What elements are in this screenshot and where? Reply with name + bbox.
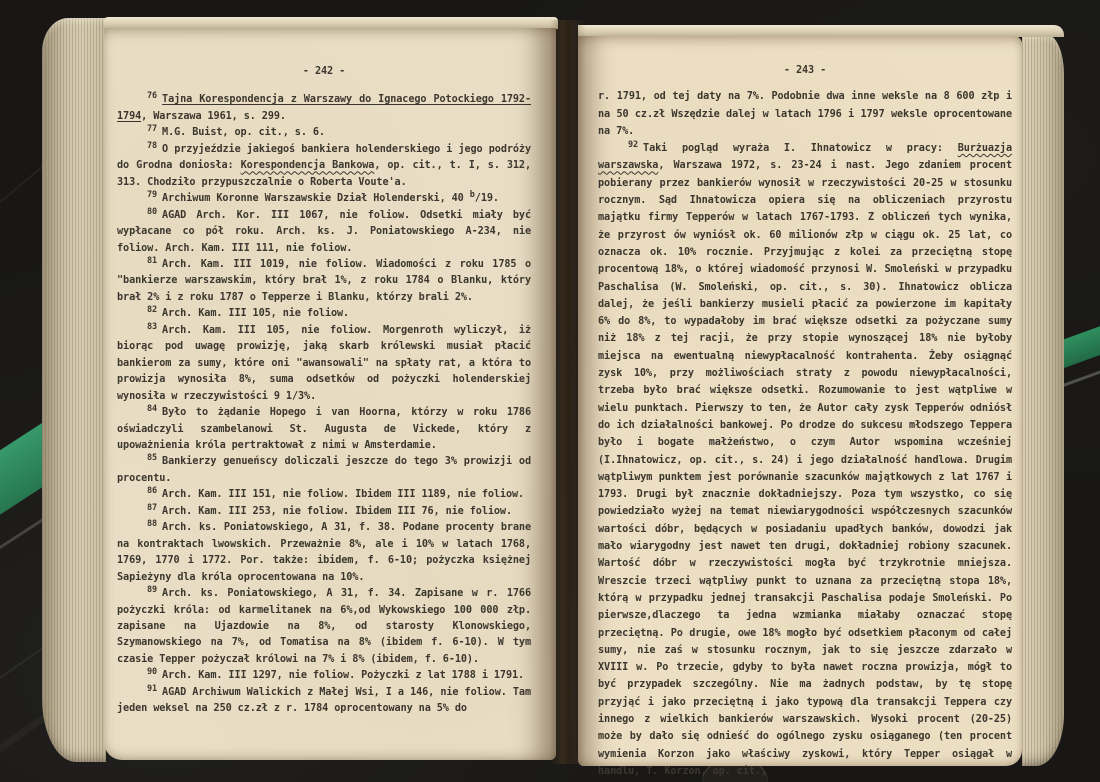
footnote-83: 83Arch. Kam. III 105, nie foliow. Morgen… [117, 323, 531, 405]
footnote-number: 89 [147, 585, 157, 595]
footnote-number: 82 [147, 305, 157, 315]
text-segment: M.G. Buist, op. cit., s. 6. [162, 127, 325, 138]
footnote-list-left: 76Tajna Korespondencja z Warszawy do Ign… [117, 92, 531, 717]
text-segment: Archiwum Koronne Warszawskie Dział Holen… [162, 193, 470, 204]
text-segment: Arch. ks. Poniatowskiego, A 31, f. 34. Z… [117, 588, 531, 665]
footnote-number: 76 [147, 91, 157, 101]
text-segment: Było to żądanie Hopego i van Hoorna, któ… [117, 407, 531, 451]
book-page-left: - 242 - 76Tajna Korespondencja z Warszaw… [104, 28, 556, 760]
footnote-85: 85Bankierzy genueńscy doliczali jeszcze … [117, 454, 531, 487]
page-number-left: - 242 - [117, 64, 531, 80]
footnote-91: 91AGAD Archiwum Walickich z Małej Wsi, I… [117, 685, 531, 718]
text-segment: Bankierzy genueńscy doliczali jeszcze do… [117, 456, 531, 483]
page-left-text-column: - 242 - 76Tajna Korespondencja z Warszaw… [104, 28, 556, 718]
footnote-number: 88 [147, 519, 157, 529]
footnote-number: 80 [147, 207, 157, 217]
text-segment: Arch. Kam. III 105, nie foliow. Morgenro… [117, 325, 531, 402]
footnote-86: 86Arch. Kam. III 151, nie foliow. Ibidem… [117, 487, 531, 503]
page-edge-stack-right [1022, 34, 1064, 766]
footnote-number: 79 [147, 190, 157, 200]
book-page-right: - 243 - r. 1791, od tej daty na 7%. Podo… [578, 36, 1022, 766]
footnote-number: 92 [628, 140, 638, 150]
text-body-right: r. 1791, od tej daty na 7%. Podobnie dwa… [598, 88, 1012, 780]
footnote-78: 78O przyjeździe jakiegoś bankiera holend… [117, 142, 531, 191]
footnote-77: 77M.G. Buist, op. cit., s. 6. [117, 125, 531, 141]
footnote-79: 79Archiwum Koronne Warszawskie Dział Hol… [117, 191, 531, 207]
text-segment: , Warszawa 1961, s. 299. [141, 111, 286, 122]
text-segment: , Warszawa 1972, s. 23-24 i nast. Jego z… [598, 160, 1012, 776]
footnote-number: 77 [147, 124, 157, 134]
text-segment: Arch. Kam. III 105, nie foliow. [162, 308, 349, 319]
footnote-84: 84Było to żądanie Hopego i van Hoorna, k… [117, 405, 531, 454]
footnote-number: 83 [147, 322, 157, 332]
footnote-number: 84 [147, 404, 157, 414]
text-segment: Arch. Kam. III 253, nie foliow. Ibidem I… [162, 506, 512, 517]
page-edge-stack-left [42, 18, 106, 762]
footnote-81: 81Arch. Kam. III 1019, nie foliow. Wiado… [117, 257, 531, 306]
text-segment: Arch. Kam. III 1019, nie foliow. Wiadomo… [117, 259, 531, 303]
footnote-number: 81 [147, 256, 157, 266]
text-segment: r. 1791, od tej daty na 7%. Podobnie dwa… [598, 91, 1012, 137]
footnote-82: 82Arch. Kam. III 105, nie foliow. [117, 306, 531, 322]
footnote-number: 91 [147, 684, 157, 694]
footnote-number: 78 [147, 141, 157, 151]
book-gutter-shadow [550, 20, 586, 764]
text-segment: AGAD Archiwum Walickich z Małej Wsi, I a… [117, 687, 531, 714]
footnote-89: 89Arch. ks. Poniatowskiego, A 31, f. 34.… [117, 586, 531, 668]
page-right-text-column: - 243 - r. 1791, od tej daty na 7%. Podo… [578, 36, 1022, 780]
book-scan: - 242 - 76Tajna Korespondencja z Warszaw… [0, 0, 1100, 782]
footnote-76: 76Tajna Korespondencja z Warszawy do Ign… [117, 92, 531, 125]
text-segment: Arch. ks. Poniatowskiego, A 31, f. 38. P… [117, 522, 531, 582]
text-segment: Taki pogląd wyraża I. Ihnatowicz w pracy… [643, 143, 958, 154]
text-segment: Arch. Kam. III 1297, nie foliow. Pożyczk… [162, 670, 524, 681]
continuation-paragraph: r. 1791, od tej daty na 7%. Podobnie dwa… [598, 88, 1012, 140]
footnote-number: 86 [147, 486, 157, 496]
footnote-80: 80AGAD Arch. Kor. III 1067, nie foliow. … [117, 208, 531, 257]
footnote-number: 85 [147, 453, 157, 463]
footnote-87: 87Arch. Kam. III 253, nie foliow. Ibidem… [117, 504, 531, 520]
page-number-right: - 243 - [598, 62, 1012, 79]
underlined-title: Korespondencja Bankowa [241, 160, 375, 171]
footnote-number: 87 [147, 503, 157, 513]
text-segment: AGAD Arch. Kor. III 1067, nie foliow. Od… [117, 210, 531, 254]
text-segment: /19. [475, 193, 499, 204]
footnote-92: 92Taki pogląd wyraża I. Ihnatowicz w pra… [598, 140, 1012, 780]
footnote-number: 90 [147, 667, 157, 677]
footnote-90: 90Arch. Kam. III 1297, nie foliow. Pożyc… [117, 668, 531, 684]
footnote-88: 88Arch. ks. Poniatowskiego, A 31, f. 38.… [117, 520, 531, 586]
text-segment: Arch. Kam. III 151, nie foliow. Ibidem I… [162, 489, 524, 500]
